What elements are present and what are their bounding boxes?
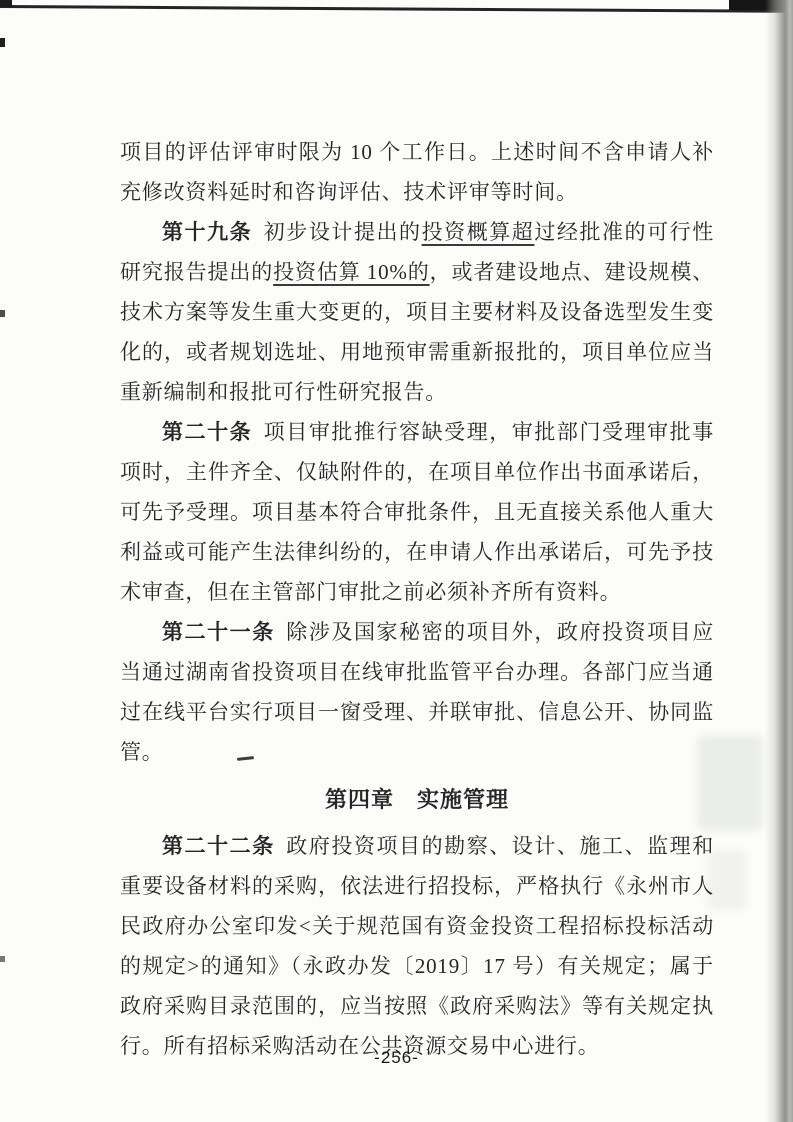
- article-22-paragraph: 第二十二条政府投资项目的勘察、设计、施工、监理和重要设备材料的采购，依法进行招投…: [120, 826, 714, 1066]
- scan-edge-tick: [0, 38, 5, 47]
- page-edge-shadow: [765, 0, 793, 1122]
- article-21-number: 第二十一条: [162, 620, 275, 644]
- underlined-phrase: 投资估算 10%的: [273, 260, 430, 284]
- chapter-heading-text: 第四章 实施管理: [325, 787, 509, 812]
- scan-edge-tick: [0, 310, 5, 317]
- scan-corner-mark-top-left: [0, 0, 12, 7]
- article-22-number: 第二十二条: [162, 834, 275, 858]
- underlined-phrase: 投资概算超: [422, 220, 535, 244]
- scan-edge-tick: [0, 956, 5, 962]
- paragraph-text: 项目的评估评审时限为 10 个工作日。上述时间不含申请人补充修改资料延时和咨询评…: [120, 140, 714, 204]
- scan-edge-line-top: [0, 5, 793, 12]
- article-19-number: 第十九条: [162, 220, 252, 244]
- article-19-paragraph: 第十九条初步设计提出的投资概算超过经批准的可行性研究报告提出的投资估算 10%的…: [120, 212, 714, 412]
- article-19-text: 初步设计提出的: [264, 220, 422, 244]
- document-body: 项目的评估评审时限为 10 个工作日。上述时间不含申请人补充修改资料延时和咨询评…: [120, 132, 714, 1066]
- article-20-text: 项目审批推行容缺受理，审批部门受理审批事项时，主件齐全、仅缺附件的，在项目单位作…: [120, 420, 714, 604]
- paragraph-continuation: 项目的评估评审时限为 10 个工作日。上述时间不含申请人补充修改资料延时和咨询评…: [120, 132, 714, 212]
- chapter-heading: 第四章 实施管理: [120, 780, 714, 820]
- article-22-text: 政府投资项目的勘察、设计、施工、监理和重要设备材料的采购，依法进行招投标，严格执…: [120, 834, 714, 1058]
- page-number: -256-: [0, 1048, 793, 1068]
- article-21-paragraph: 第二十一条除涉及国家秘密的项目外，政府投资项目应当通过湖南省投资项目在线审批监管…: [120, 612, 714, 772]
- article-20-paragraph: 第二十条项目审批推行容缺受理，审批部门受理审批事项时，主件齐全、仅缺附件的，在项…: [120, 412, 714, 612]
- scanned-document-page: 项目的评估评审时限为 10 个工作日。上述时间不含申请人补充修改资料延时和咨询评…: [0, 0, 793, 1122]
- article-20-number: 第二十条: [162, 420, 252, 444]
